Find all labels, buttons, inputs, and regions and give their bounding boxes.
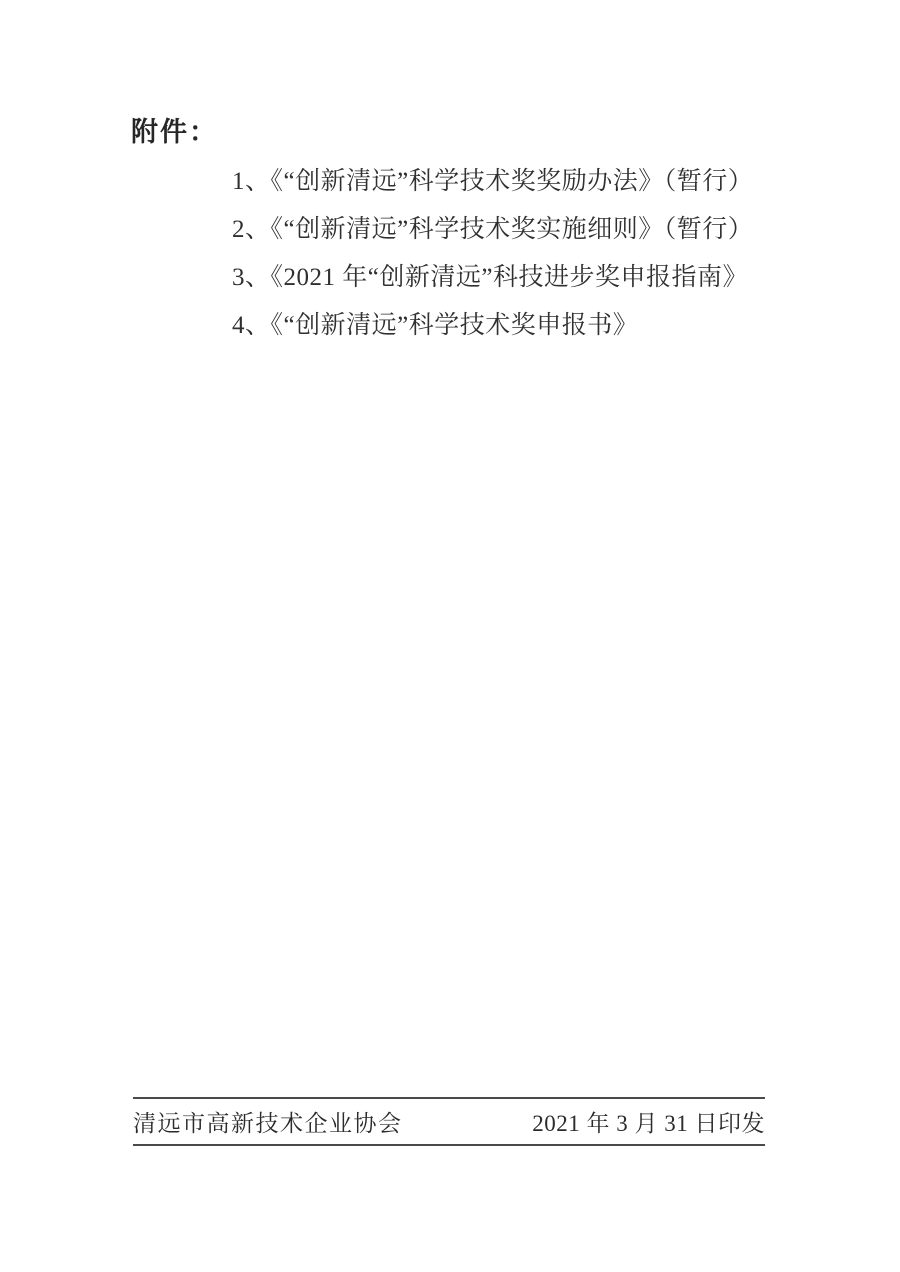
issuer-name: 清远市高新技术企业协会 xyxy=(133,1105,403,1138)
footer-divider-bottom xyxy=(133,1144,765,1146)
document-page: 附件： 1、《“创新清远”科学技术奖奖励办法》（暂行） 2、《“创新清远”科学技… xyxy=(0,0,900,1272)
attachment-list: 1、《“创新清远”科学技术奖奖励办法》（暂行） 2、《“创新清远”科学技术奖实施… xyxy=(232,155,832,347)
print-date: 2021 年 3 月 31 日印发 xyxy=(532,1105,765,1138)
attachment-item: 4、《“创新清远”科学技术奖申报书》 xyxy=(232,299,832,347)
attachment-item: 3、《2021 年“创新清远”科技进步奖申报指南》 xyxy=(232,251,832,299)
attachment-item: 2、《“创新清远”科学技术奖实施细则》（暂行） xyxy=(232,203,832,251)
footer-imprint-row: 清远市高新技术企业协会 2021 年 3 月 31 日印发 xyxy=(133,1099,765,1144)
attachment-item: 1、《“创新清远”科学技术奖奖励办法》（暂行） xyxy=(232,155,832,203)
attachment-heading: 附件： xyxy=(131,116,218,148)
